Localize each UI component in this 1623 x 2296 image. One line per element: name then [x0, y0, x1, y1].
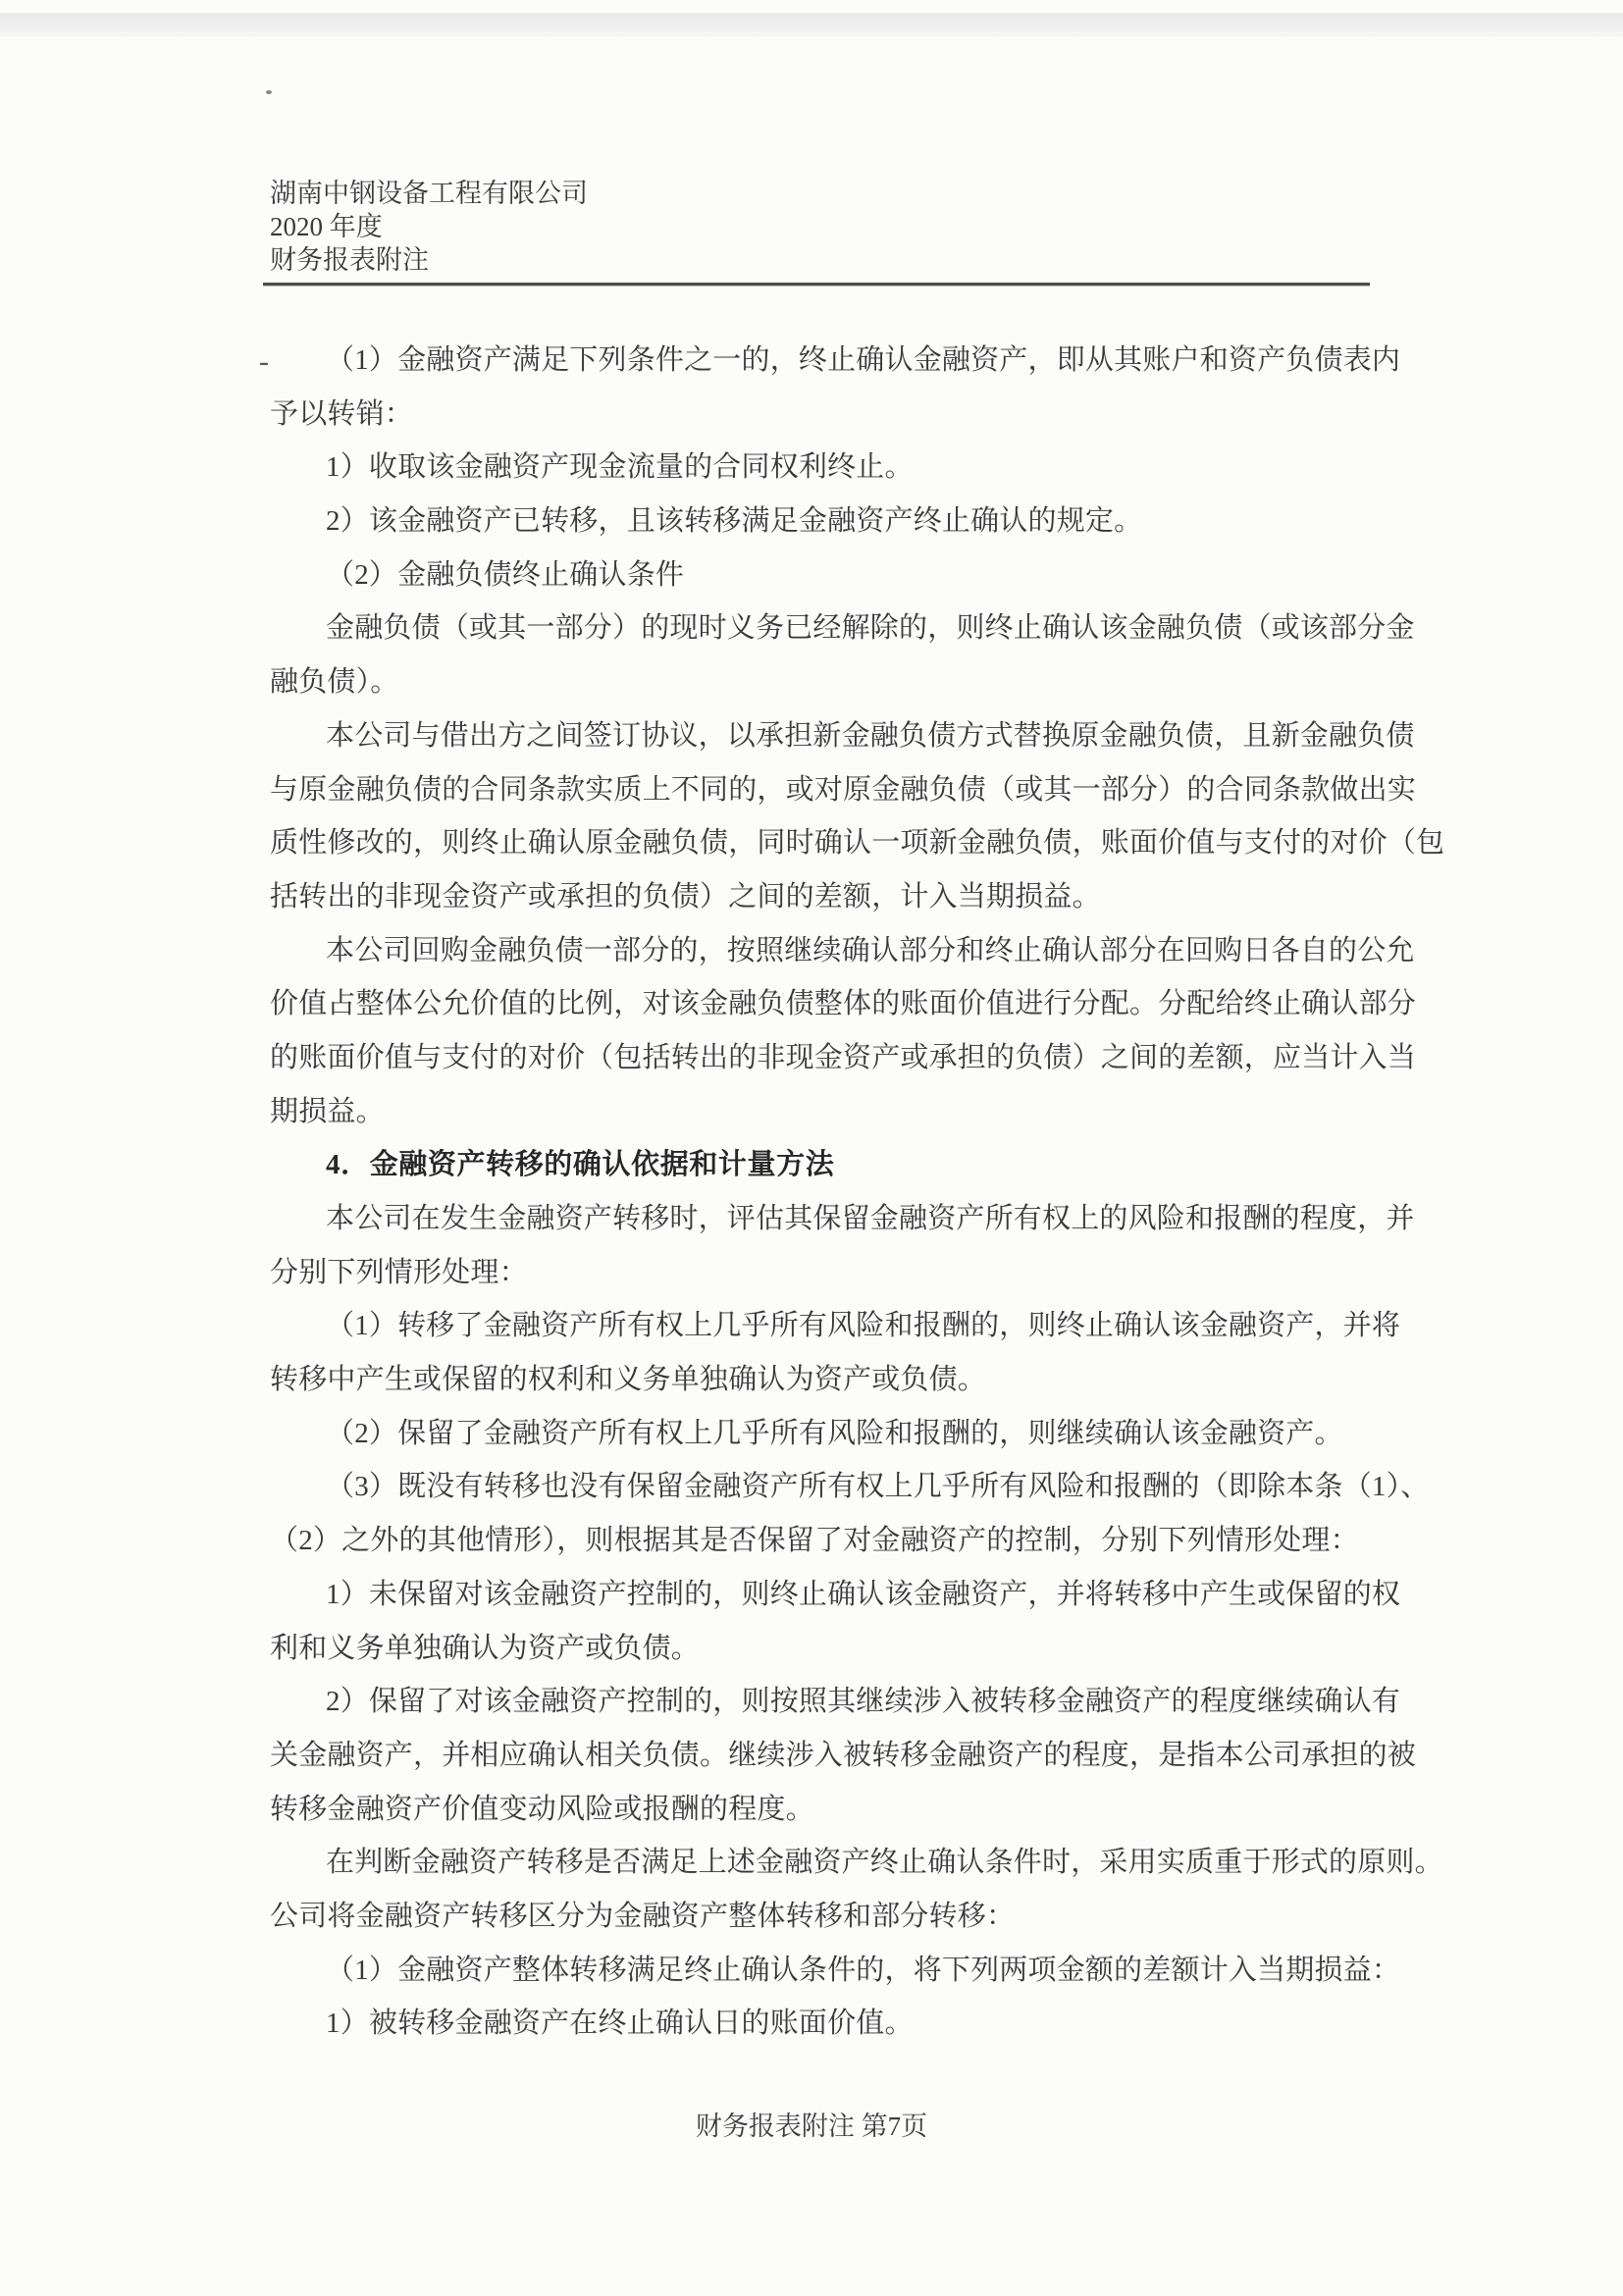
body-line: （2）之外的其他情形），则根据其是否保留了对金融资产的控制，分别下列情形处理：: [270, 1514, 1418, 1568]
body-line: 1）未保留对该金融资产控制的，则终止确认该金融资产，并将转移中产生或保留的权: [270, 1568, 1418, 1622]
footer-page-label: 财务报表附注 第7页: [696, 2112, 927, 2141]
header-divider-rule: [263, 283, 1370, 286]
body-line: 利和义务单独确认为资产或负债。: [270, 1622, 1418, 1676]
body-line: 融负债）。: [270, 655, 1418, 709]
document-page: - 湖南中钢设备工程有限公司 2020 年度 财务报表附注 （1）金融资产满足下…: [0, 0, 1623, 2296]
company-name: 湖南中钢设备工程有限公司: [270, 177, 1408, 210]
body-line: 予以转销：: [270, 388, 1418, 442]
body-line: （2）金融负债终止确认条件: [270, 548, 1418, 602]
document-body: （1）金融资产满足下列条件之一的，终止确认金融资产，即从其账户和资产负债表内 予…: [270, 334, 1418, 2051]
body-line: 价值占整体公允价值的比例，对该金融负债整体的账面价值进行分配。分配给终止确认部分: [270, 977, 1418, 1031]
body-line: （1）金融资产满足下列条件之一的，终止确认金融资产，即从其账户和资产负债表内: [270, 334, 1418, 388]
body-line: （1）金融资产整体转移满足终止确认条件的，将下列两项金额的差额计入当期损益：: [270, 1944, 1418, 1998]
body-line: 转移金融资产价值变动风险或报酬的程度。: [270, 1783, 1418, 1837]
body-line: 2）保留了对该金融资产控制的，则按照其继续涉入被转移金融资产的程度继续确认有: [270, 1675, 1418, 1729]
body-line: 期损益。: [270, 1085, 1418, 1139]
body-line: 本公司在发生金融资产转移时，评估其保留金融资产所有权上的风险和报酬的程度，并: [270, 1192, 1418, 1246]
body-line: 2）该金融资产已转移，且该转移满足金融资产终止确认的规定。: [270, 495, 1418, 548]
scan-artifact-margin-dash: -: [259, 345, 269, 379]
body-line: 转移中产生或保留的权利和义务单独确认为资产或负债。: [270, 1353, 1418, 1407]
body-line: 1）被转移金融资产在终止确认日的账面价值。: [270, 1997, 1418, 2051]
body-line: （2）保留了金融资产所有权上几乎所有风险和报酬的，则继续确认该金融资产。: [270, 1407, 1418, 1461]
fiscal-year: 2020 年度: [270, 210, 1408, 243]
scan-artifact-top-band: [0, 13, 1623, 36]
body-line: （1）转移了金融资产所有权上几乎所有风险和报酬的，则终止确认该金融资产，并将: [270, 1299, 1418, 1353]
page-footer: 财务报表附注 第7页: [0, 2110, 1623, 2143]
scan-artifact-speck: [266, 90, 272, 94]
body-line: 金融负债（或其一部分）的现时义务已经解除的，则终止确认该金融负债（或该部分金: [270, 601, 1418, 655]
body-line: 本公司与借出方之间签订协议，以承担新金融负债方式替换原金融负债，且新金融负债: [270, 709, 1418, 763]
body-line: （3）既没有转移也没有保留金融资产所有权上几乎所有风险和报酬的（即除本条（1）、: [270, 1460, 1418, 1514]
body-line: 1）收取该金融资产现金流量的合同权利终止。: [270, 441, 1418, 495]
body-line: 质性修改的，则终止确认原金融负债，同时确认一项新金融负债，账面价值与支付的对价（…: [270, 816, 1418, 870]
body-line: 本公司回购金融负债一部分的，按照继续确认部分和终止确认部分在回购日各自的公允: [270, 924, 1418, 978]
body-line: 关金融资产，并相应确认相关负债。继续涉入被转移金融资产的程度，是指本公司承担的被: [270, 1729, 1418, 1783]
document-title: 财务报表附注: [270, 243, 1408, 277]
body-line: 与原金融负债的合同条款实质上不同的，或对原金融负债（或其一部分）的合同条款做出实: [270, 763, 1418, 817]
body-line: 括转出的非现金资产或承担的负债）之间的差额，计入当期损益。: [270, 870, 1418, 924]
body-line: 的账面价值与支付的对价（包括转出的非现金资产或承担的负债）之间的差额，应当计入当: [270, 1031, 1418, 1085]
body-line: 分别下列情形处理：: [270, 1246, 1418, 1300]
body-line: 在判断金融资产转移是否满足上述金融资产终止确认条件时，采用实质重于形式的原则。: [270, 1836, 1418, 1890]
body-line: 公司将金融资产转移区分为金融资产整体转移和部分转移：: [270, 1890, 1418, 1944]
page-header: 湖南中钢设备工程有限公司 2020 年度 财务报表附注: [270, 177, 1408, 277]
section-heading: 4．金融资产转移的确认依据和计量方法: [270, 1138, 1418, 1192]
